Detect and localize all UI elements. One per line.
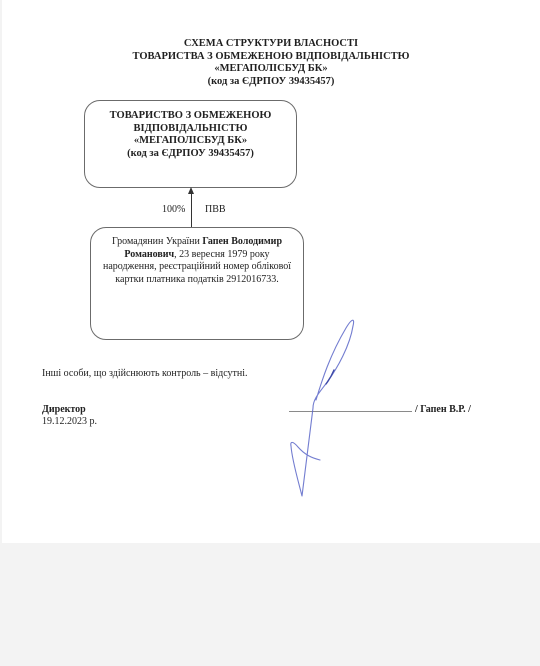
signer-name: / Гапен В.Р. / [415, 404, 471, 415]
title-line: (код за ЄДРПОУ 39435457) [2, 76, 540, 89]
title-line: СХЕМА СТРУКТУРИ ВЛАСНОСТІ [2, 38, 540, 51]
ownership-type: ПВВ [205, 204, 226, 215]
document-page: СХЕМА СТРУКТУРИ ВЛАСНОСТІ ТОВАРИСТВА З О… [2, 0, 540, 543]
signature-line [289, 411, 412, 412]
company-line: «МЕГАПОЛІСБУД БК» [85, 135, 296, 148]
company-line: (код за ЄДРПОУ 39435457) [85, 148, 296, 161]
company-line: ТОВАРИСТВО З ОБМЕЖЕНОЮ [85, 110, 296, 123]
owner-box: Громадянин України Гапен Володимир Роман… [90, 227, 304, 340]
others-note: Інші особи, що здійснюють контроль – від… [42, 368, 248, 379]
company-line: ВІДПОВІДАЛЬНІСТЮ [85, 123, 296, 136]
ownership-share: 100% [162, 204, 185, 215]
ownership-arrow [191, 191, 192, 227]
company-box: ТОВАРИСТВО З ОБМЕЖЕНОЮ ВІДПОВІДАЛЬНІСТЮ … [84, 100, 297, 188]
title-line: ТОВАРИСТВА З ОБМЕЖЕНОЮ ВІДПОВІДАЛЬНІСТЮ [2, 51, 540, 64]
owner-prefix: Громадянин України [112, 236, 202, 247]
document-title: СХЕМА СТРУКТУРИ ВЛАСНОСТІ ТОВАРИСТВА З О… [2, 38, 540, 88]
director-title: Директор [42, 404, 86, 416]
signature-date: 19.12.2023 р. [42, 416, 97, 428]
title-line: «МЕГАПОЛІСБУД БК» [2, 63, 540, 76]
